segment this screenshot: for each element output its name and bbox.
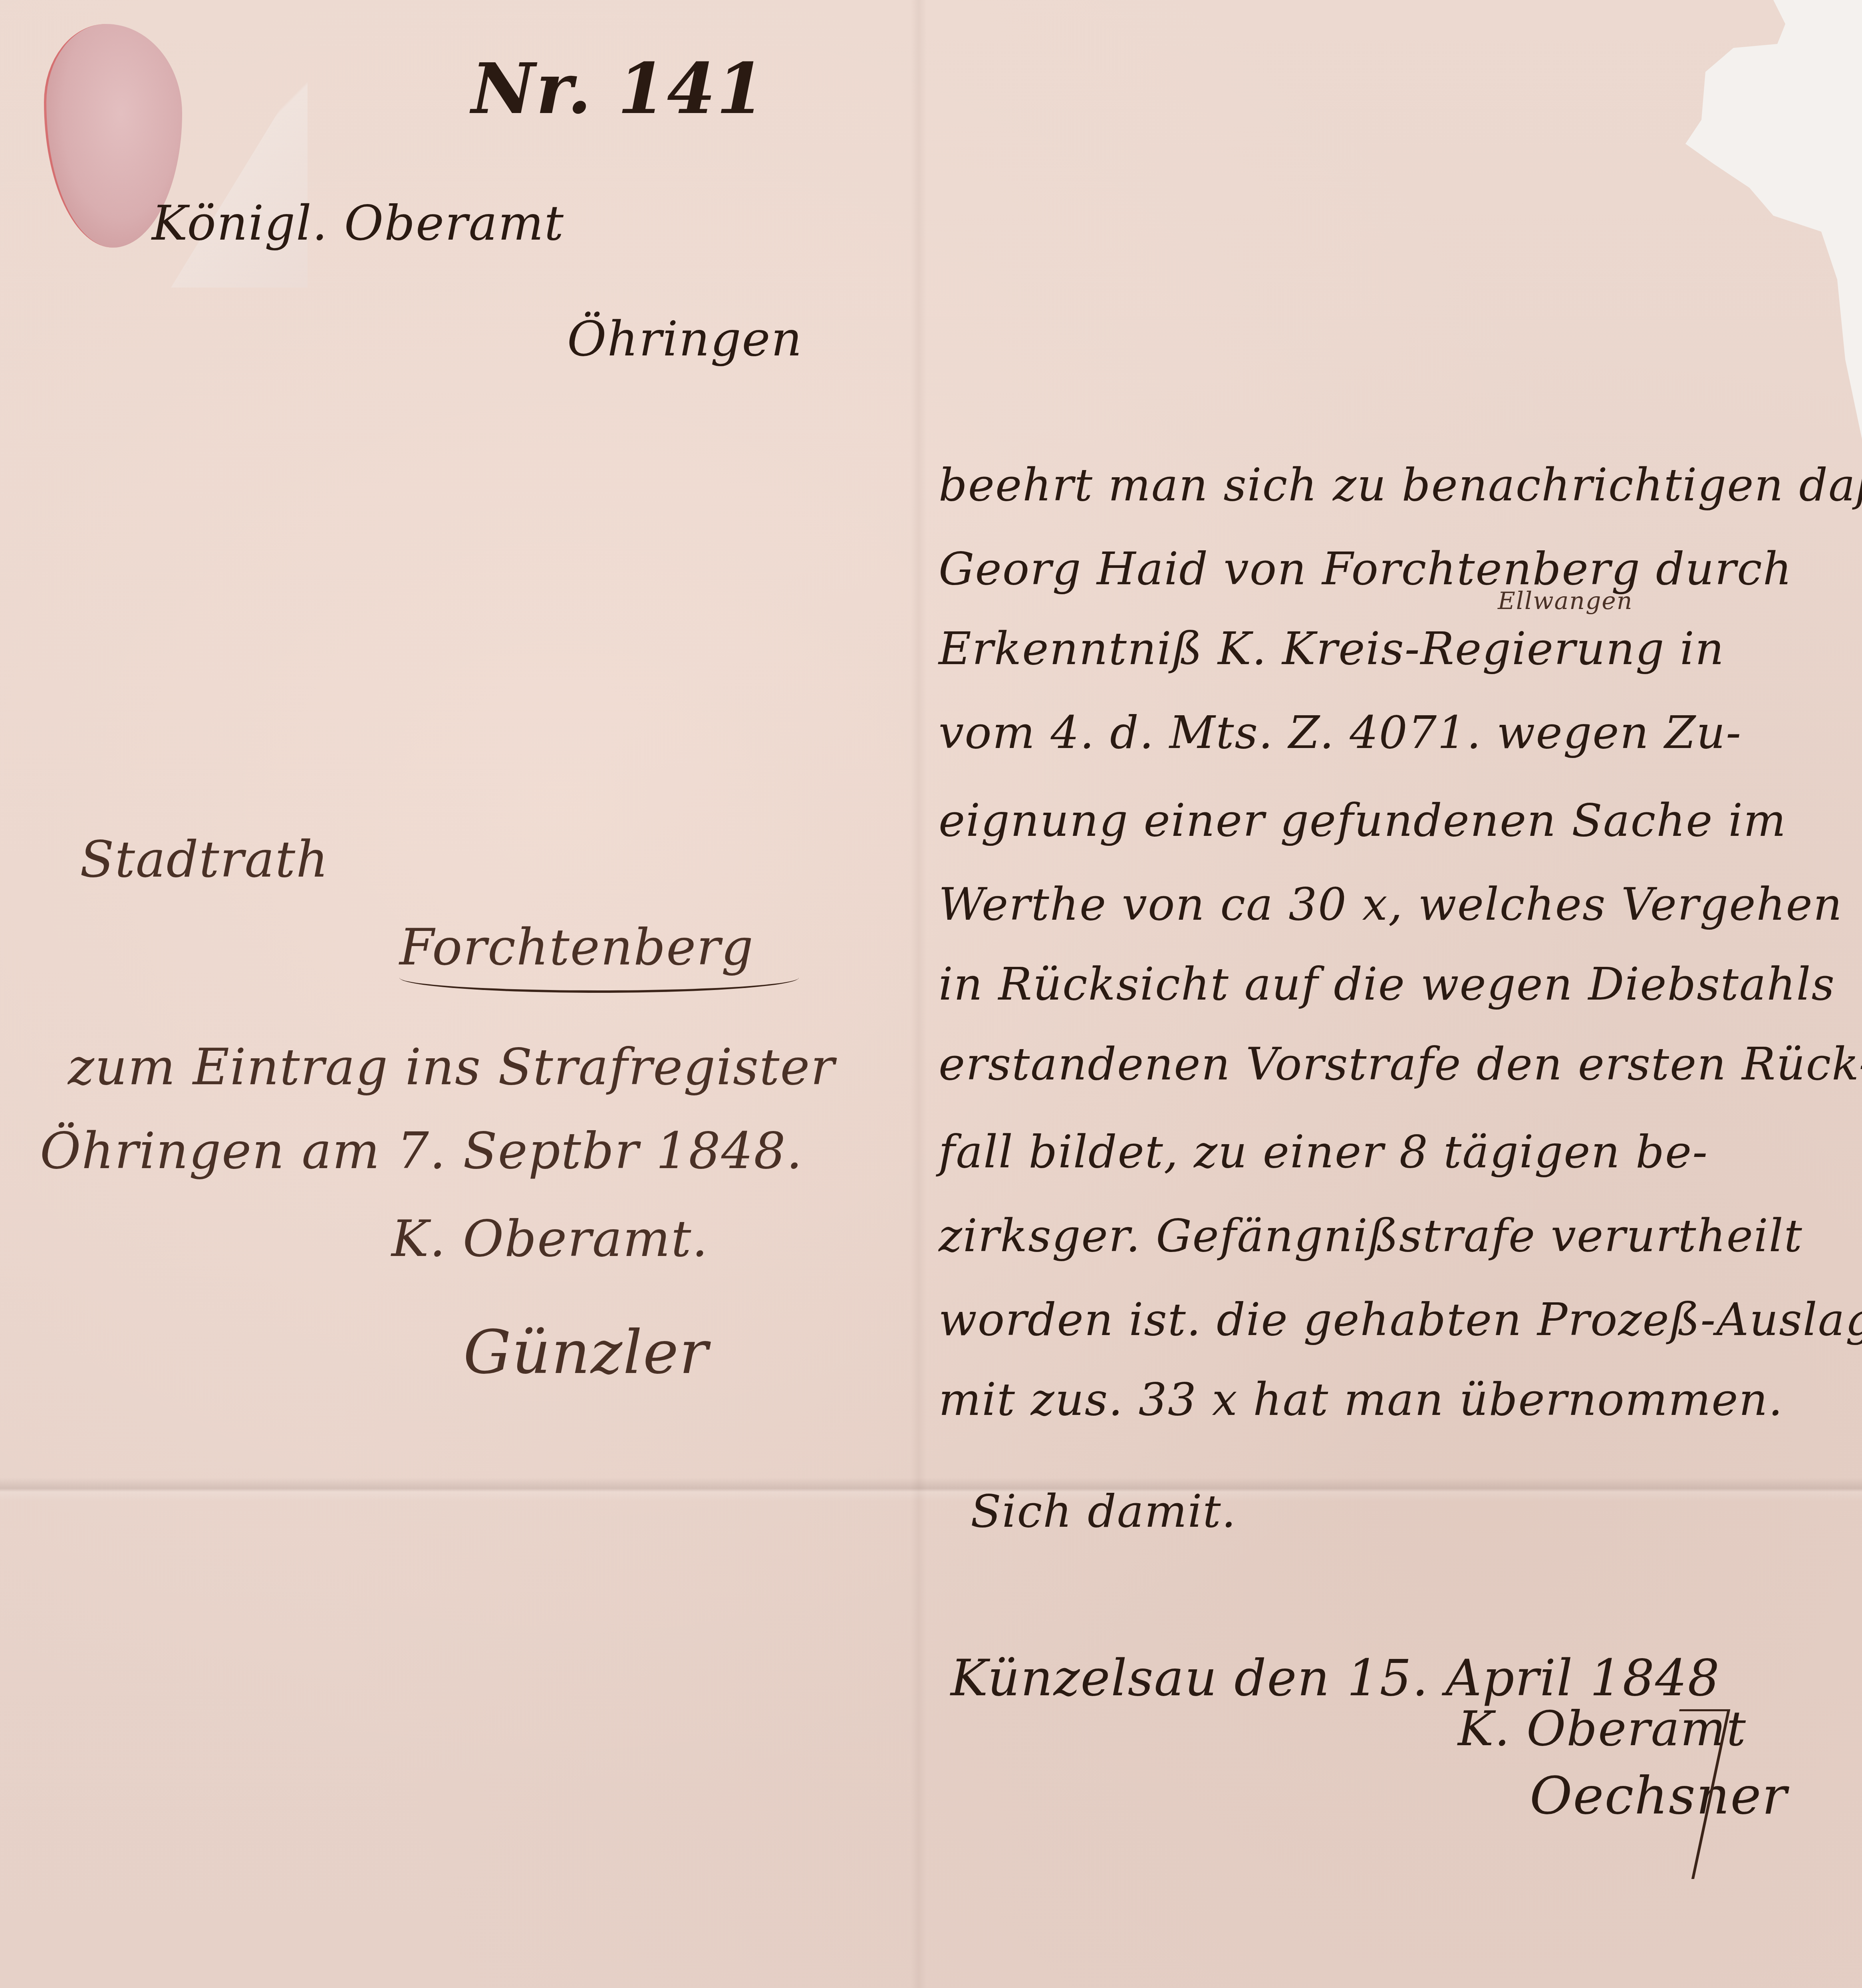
- vertical-fold-crease: [911, 0, 927, 1988]
- body-line: mit zus. 33 x hat man übernommen.: [939, 1374, 1783, 1426]
- endorsement-line: K. Oberamt.: [391, 1210, 709, 1268]
- endorsement-signature: Günzler: [463, 1318, 709, 1387]
- body-line: Werthe von ca 30 x, welches Vergehen: [939, 879, 1843, 931]
- endorsement-line: Stadtrath: [80, 831, 329, 889]
- body-line: eignung einer gefundenen Sache im: [939, 795, 1787, 847]
- name-underline: [399, 962, 799, 993]
- interlinear-annotation: Ellwangen: [1498, 587, 1633, 615]
- body-line: beehrt man sich zu benachrichtigen daß: [939, 459, 1862, 511]
- place-and-date: Künzelsau den 15. April 1848: [951, 1649, 1720, 1707]
- body-line: Erkenntniß K. Kreis-Regierung in: [939, 623, 1725, 675]
- body-line: erstandenen Vorstrafe den ersten Rück-: [939, 1038, 1862, 1090]
- body-line: in Rücksicht auf die wegen Diebstahls: [939, 958, 1835, 1010]
- endorsement-line: zum Eintrag ins Strafregister: [68, 1038, 835, 1096]
- endorsement-line: Öhringen am 7. Septbr 1848.: [40, 1122, 803, 1180]
- recipient-place: Öhringen: [567, 311, 803, 367]
- body-line: fall bildet, zu einer 8 tägigen be-: [939, 1126, 1708, 1178]
- body-line: vom 4. d. Mts. Z. 4071. wegen Zu-: [939, 707, 1742, 759]
- recipient-office: Königl. Oberamt: [152, 196, 564, 251]
- horizontal-fold-crease: [0, 1478, 1862, 1502]
- body-line: zirksger. Gefängnißstrafe verurtheilt: [939, 1210, 1803, 1262]
- body-line: Georg Haid von Forchtenberg durch: [939, 543, 1793, 595]
- body-line: worden ist. die gehabten Prozeß-Auslagen: [939, 1294, 1862, 1346]
- document-number: Nr. 141: [471, 48, 766, 130]
- body-line: Sich damit.: [971, 1486, 1237, 1538]
